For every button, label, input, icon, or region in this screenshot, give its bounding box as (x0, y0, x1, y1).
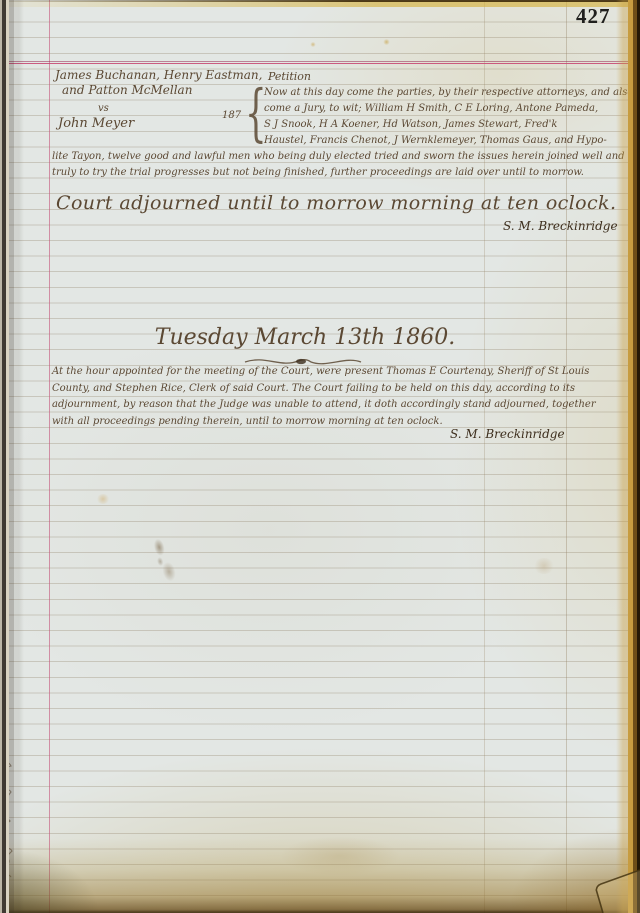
fox-spot (533, 558, 555, 574)
clerk-signature-1: S. M. Breckinridge (503, 219, 618, 233)
case-plaintiffs-line2: and Patton McMellan (62, 83, 192, 97)
entry2-body-line: adjournment, by reason that the Judge wa… (52, 399, 596, 410)
top-edge-line (0, 0, 640, 2)
clerk-signature-2: S. M. Breckinridge (450, 427, 565, 441)
case-number: 187 (222, 110, 241, 121)
ledger-page: 427 James Buchanan, Henry Eastman, and P… (0, 0, 640, 913)
filing-title: Petition (268, 70, 311, 83)
case-defendant: John Meyer (58, 116, 134, 131)
entry2-body-line: County, and Stephen Rice, Clerk of said … (52, 383, 575, 394)
binding-gutter-edge (0, 0, 24, 913)
next-page-corner-fold (570, 843, 640, 913)
entry1-body-line: Now at this day come the parties, by the… (264, 87, 633, 98)
entry2-body-line: At the hour appointed for the meeting of… (52, 366, 589, 377)
case-versus: vs (98, 103, 109, 114)
entry1-body-line: lite Tayon, twelve good and lawful men w… (52, 151, 625, 162)
case-plaintiffs-line1: James Buchanan, Henry Eastman, (55, 68, 262, 82)
fox-spot (96, 494, 110, 504)
entry1-body-line: S J Snook, H A Koener, Hd Watson, James … (264, 119, 557, 130)
fox-spot (310, 42, 316, 47)
book-fore-edge (616, 0, 640, 913)
fox-spot (383, 39, 390, 45)
header-rule-lower (6, 63, 634, 65)
entry1-body-line: Haustel, Francis Chenot, J Wernklemeyer,… (264, 135, 607, 146)
left-margin-line (49, 0, 50, 913)
session-date-heading: Tuesday March 13th 1860. (155, 325, 455, 350)
adjournment-line: Court adjourned until to morrow morning … (56, 192, 616, 214)
entry1-body-line: come a Jury, to wit; William H Smith, C … (264, 103, 598, 114)
entry1-body-line: truly to try the trial progresses but no… (52, 167, 584, 178)
entry2-body-line: with all proceedings pending therein, un… (52, 416, 443, 427)
